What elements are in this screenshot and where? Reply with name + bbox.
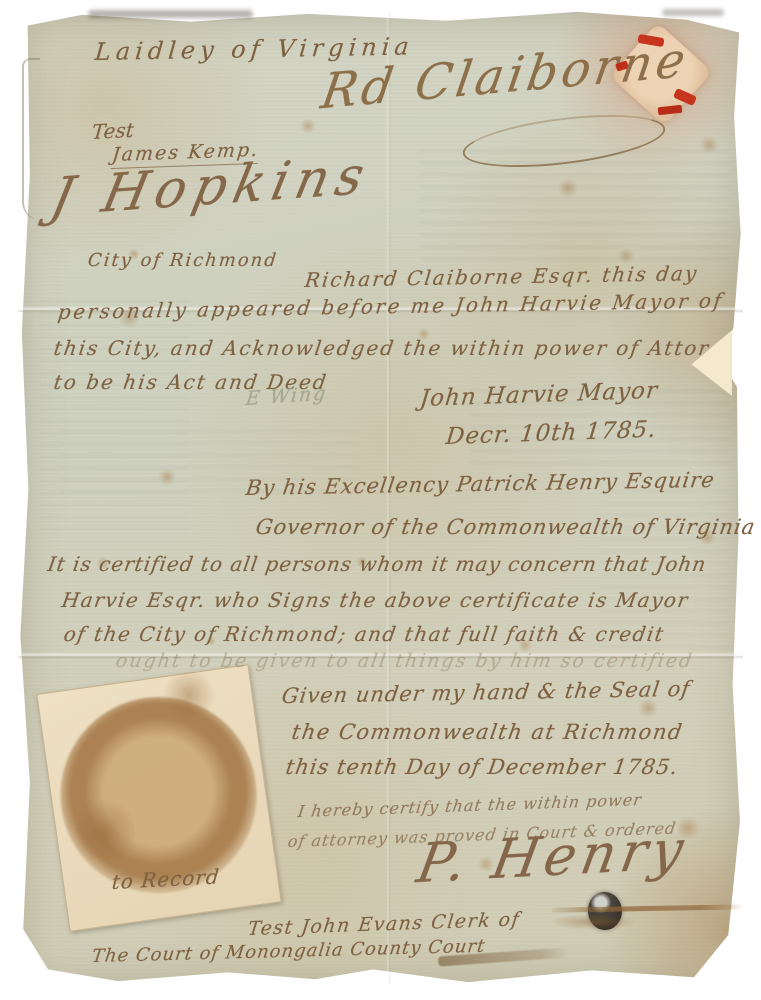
test-label: Test xyxy=(91,118,135,144)
certification-line: Governor of the Commonwealth of Virginia xyxy=(254,515,757,539)
acknowledgment-line: this City, and Acknowledged the within p… xyxy=(52,336,711,360)
foxing-spot xyxy=(700,136,718,154)
certification-line-faded: ought to be given to all things by him s… xyxy=(114,650,695,672)
bleedthrough-print-1 xyxy=(420,150,730,270)
certification-line: of the City of Richmond; and that full f… xyxy=(62,622,666,646)
pen-bracket-mark xyxy=(22,58,40,220)
certification-line: Harvie Esqr. who Signs the above certifi… xyxy=(60,588,691,612)
ink-smear xyxy=(548,914,638,930)
foxing-spot xyxy=(158,468,176,486)
paper-seal-wafer xyxy=(36,664,281,931)
acknowledgment-heading: City of Richmond xyxy=(87,250,279,271)
top-edge-smudge-right xyxy=(662,9,724,16)
foxing-spot xyxy=(300,118,316,134)
certification-line: It is certified to all persons whom it m… xyxy=(46,552,708,576)
top-edge-smudge-left xyxy=(88,10,253,18)
closing-line: this tenth Day of December 1785. xyxy=(284,755,680,779)
closing-line: the Commonwealth at Richmond xyxy=(290,720,685,744)
photograph-background: Laidley of Virginia Rd Claiborne Test Ja… xyxy=(0,0,761,1000)
foxing-spot xyxy=(558,178,578,198)
